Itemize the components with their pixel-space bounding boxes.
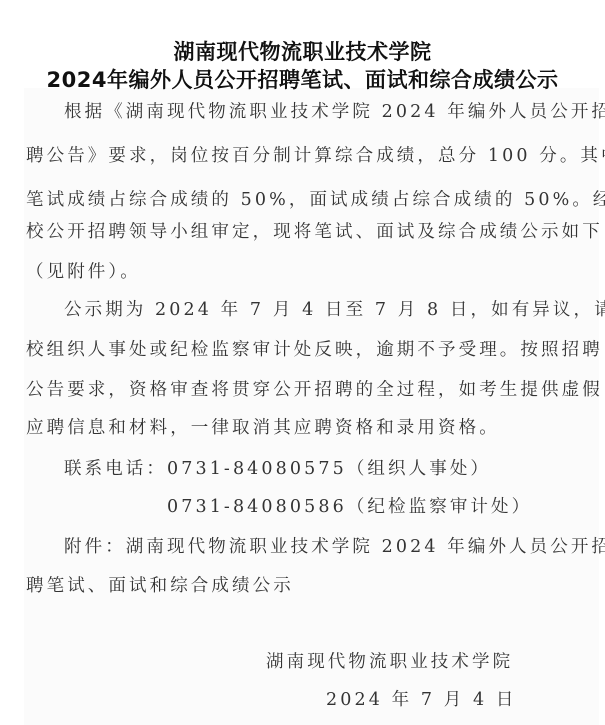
paragraph2-line: 公示期为 2024 年 7 月 4 日至 7 月 8 日，如有异议，请向我: [64, 296, 605, 321]
contact-phone-2: 0731-84080586（纪检监察审计处）: [167, 493, 532, 518]
paragraph2-line: 校组织人事处或纪检监察审计处反映，逾期不予受理。按照招聘: [26, 336, 603, 361]
paragraph1-line: 根据《湖南现代物流职业技术学院 2024 年编外人员公开招: [64, 98, 605, 123]
paragraph2-line: 公告要求，资格审查将贯穿公开招聘的全过程，如考生提供虚假: [26, 376, 603, 401]
paragraph1-line: 笔试成绩占综合成绩的 50%，面试成绩占综合成绩的 50%。经学: [26, 186, 605, 211]
document-title-line1: 湖南现代物流职业技术学院: [0, 36, 605, 66]
paragraph1-line: 聘公告》要求，岗位按百分制计算综合成绩，总分 100 分。其中: [26, 142, 605, 167]
attachment-line: 聘笔试、面试和综合成绩公示: [26, 572, 294, 597]
paragraph2-line: 应聘信息和材料，一律取消其应聘资格和录用资格。: [26, 414, 500, 439]
document-page: [24, 88, 599, 725]
paragraph1-line: 校公开招聘领导小组审定，现将笔试、面试及综合成绩公示如下: [26, 218, 603, 243]
document-title-line2: 2024年编外人员公开招聘笔试、面试和综合成绩公示: [0, 64, 605, 94]
contact-phone-1: 联系电话：0731-84080575（组织人事处）: [64, 455, 491, 480]
signature-date: 2024 年 7 月 4 日: [326, 686, 517, 711]
attachment-line: 附件：湖南现代物流职业技术学院 2024 年编外人员公开招: [64, 533, 605, 558]
signature-organization: 湖南现代物流职业技术学院: [266, 648, 513, 673]
paragraph1-line: （见附件）。: [26, 258, 141, 283]
